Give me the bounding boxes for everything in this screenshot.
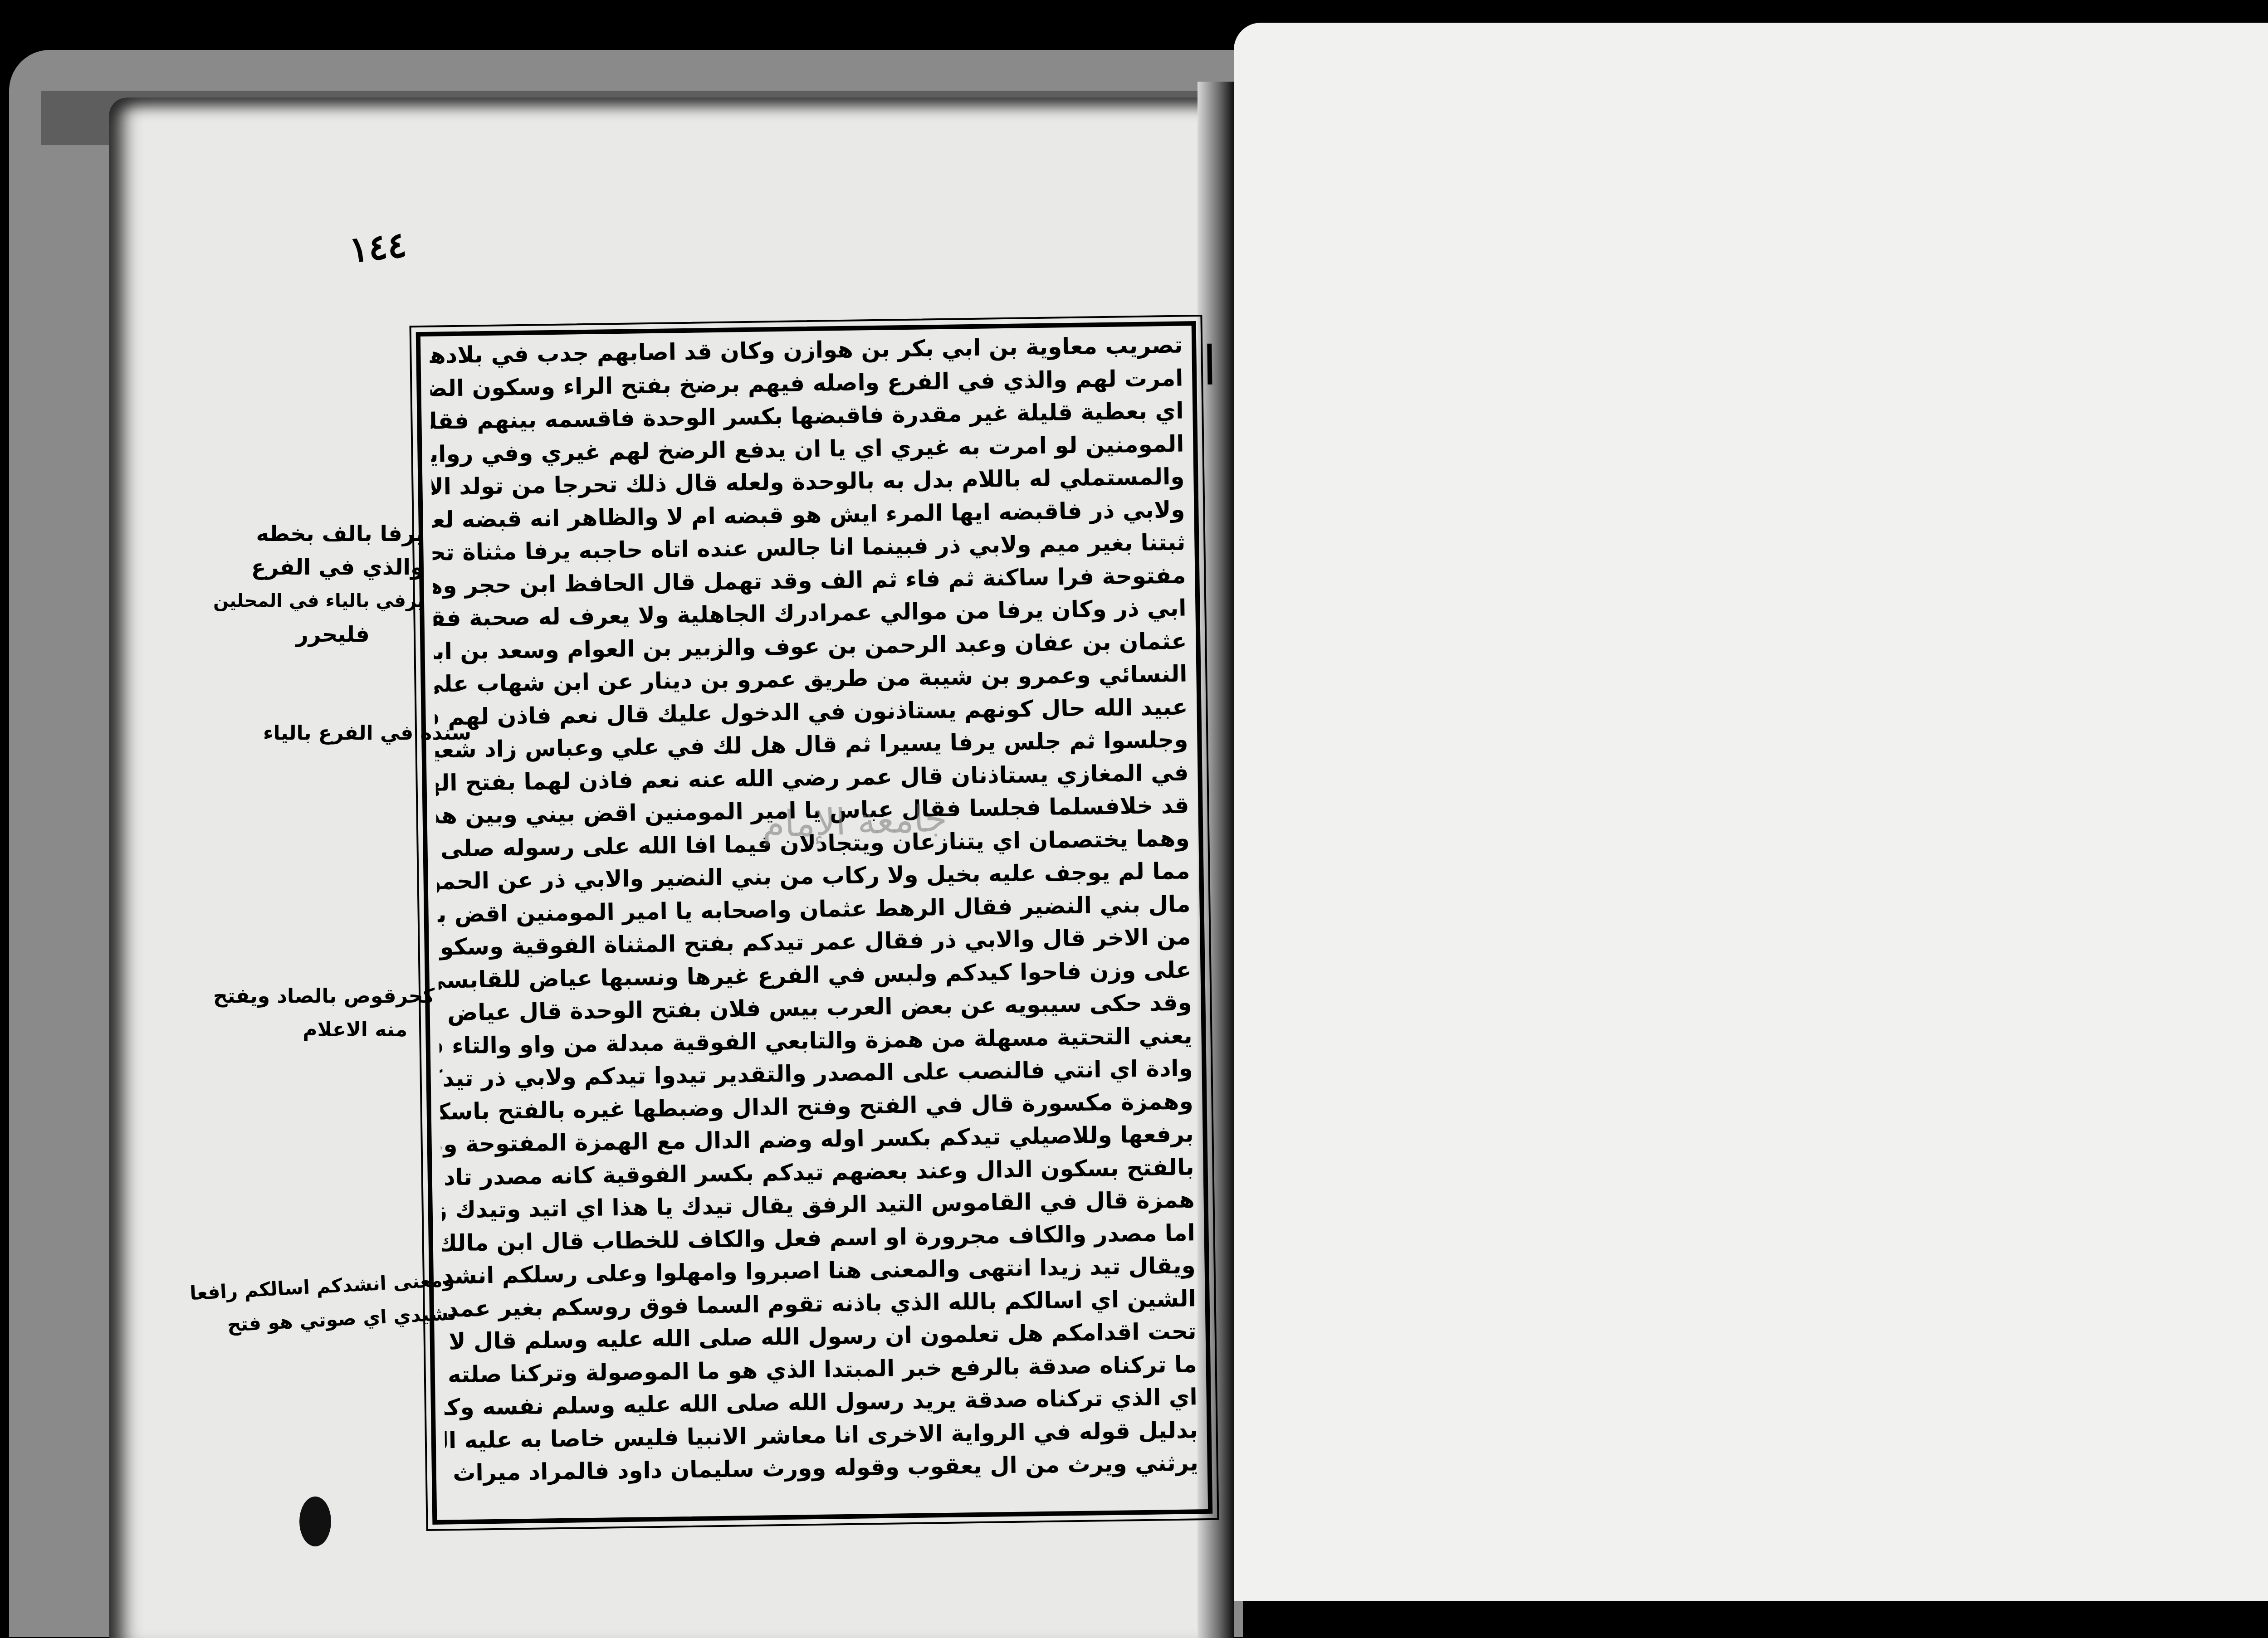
margin-note-line: والذي في الفرع — [213, 551, 424, 584]
margin-note-line: يرفا بالف بخطه — [213, 517, 424, 551]
right-page-blank — [1234, 23, 2268, 1601]
margin-note-line: كحرقوص بالصاد ويفتح — [213, 980, 435, 1013]
ink-smudge — [299, 1497, 331, 1546]
page-number: ١٤٤ — [347, 224, 409, 271]
frame-marker — [1207, 344, 1212, 385]
library-watermark: جامعة الإمام — [762, 797, 948, 846]
margin-note-4: ومعنى انشدكم اسالكم رافعا نشيدي اي صوتي … — [189, 1263, 457, 1344]
margin-note-3: كحرقوص بالصاد ويفتح منه الاعلام — [213, 980, 435, 1047]
margin-note-1: يرفا بالف بخطه والذي في الفرع يرفي باليا… — [213, 517, 424, 651]
margin-note-line: فليحرر — [213, 618, 370, 651]
margin-note-line: منه الاعلام — [213, 1013, 407, 1047]
margin-note-line: يرفي بالياء في المحلين — [213, 584, 424, 618]
main-text-block: تصريب معاوية بن ابي بكر بن هوازن وكان قد… — [416, 321, 1213, 1525]
